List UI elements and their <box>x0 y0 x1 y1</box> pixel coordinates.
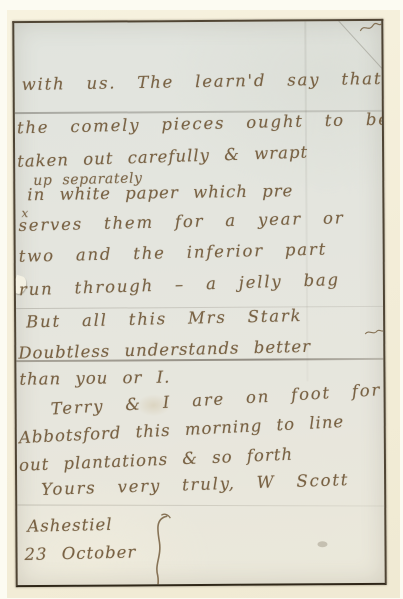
letter-line-5: serves them for a year or <box>18 208 344 236</box>
closing-signature-line: Yours very truly, W Scott <box>41 470 350 500</box>
letter-line-3: taken out carefully & wrapt <box>17 143 309 172</box>
letter-line-6: two and the inferior part <box>19 240 328 267</box>
letter-line-8: But all this Mrs Stark <box>26 306 303 333</box>
corner-pen-squiggle-icon <box>358 21 382 35</box>
place-line: Ashestiel <box>27 515 113 537</box>
letter-line-1: with us. The learn'd say that <box>22 69 383 95</box>
date-line: 23 October <box>24 542 136 565</box>
letter-line-10: than you or I. <box>19 368 170 390</box>
letter-line-4: in white paper which pre <box>27 181 293 205</box>
ink-speck <box>317 541 327 547</box>
letter-line-13: out plantations & so forth <box>19 445 294 476</box>
date-brace-flourish <box>147 512 174 587</box>
fold-crease-bottom <box>17 505 384 507</box>
letter-line-7: run through – a jelly bag <box>19 270 341 300</box>
letter-photograph: with us. The learn'd say that the comely… <box>0 0 403 599</box>
letter-paper: with us. The learn'd say that the comely… <box>12 19 386 587</box>
letter-line-2: the comely pieces ought to be <box>17 110 387 139</box>
edge-pen-squiggle-icon <box>364 327 384 337</box>
